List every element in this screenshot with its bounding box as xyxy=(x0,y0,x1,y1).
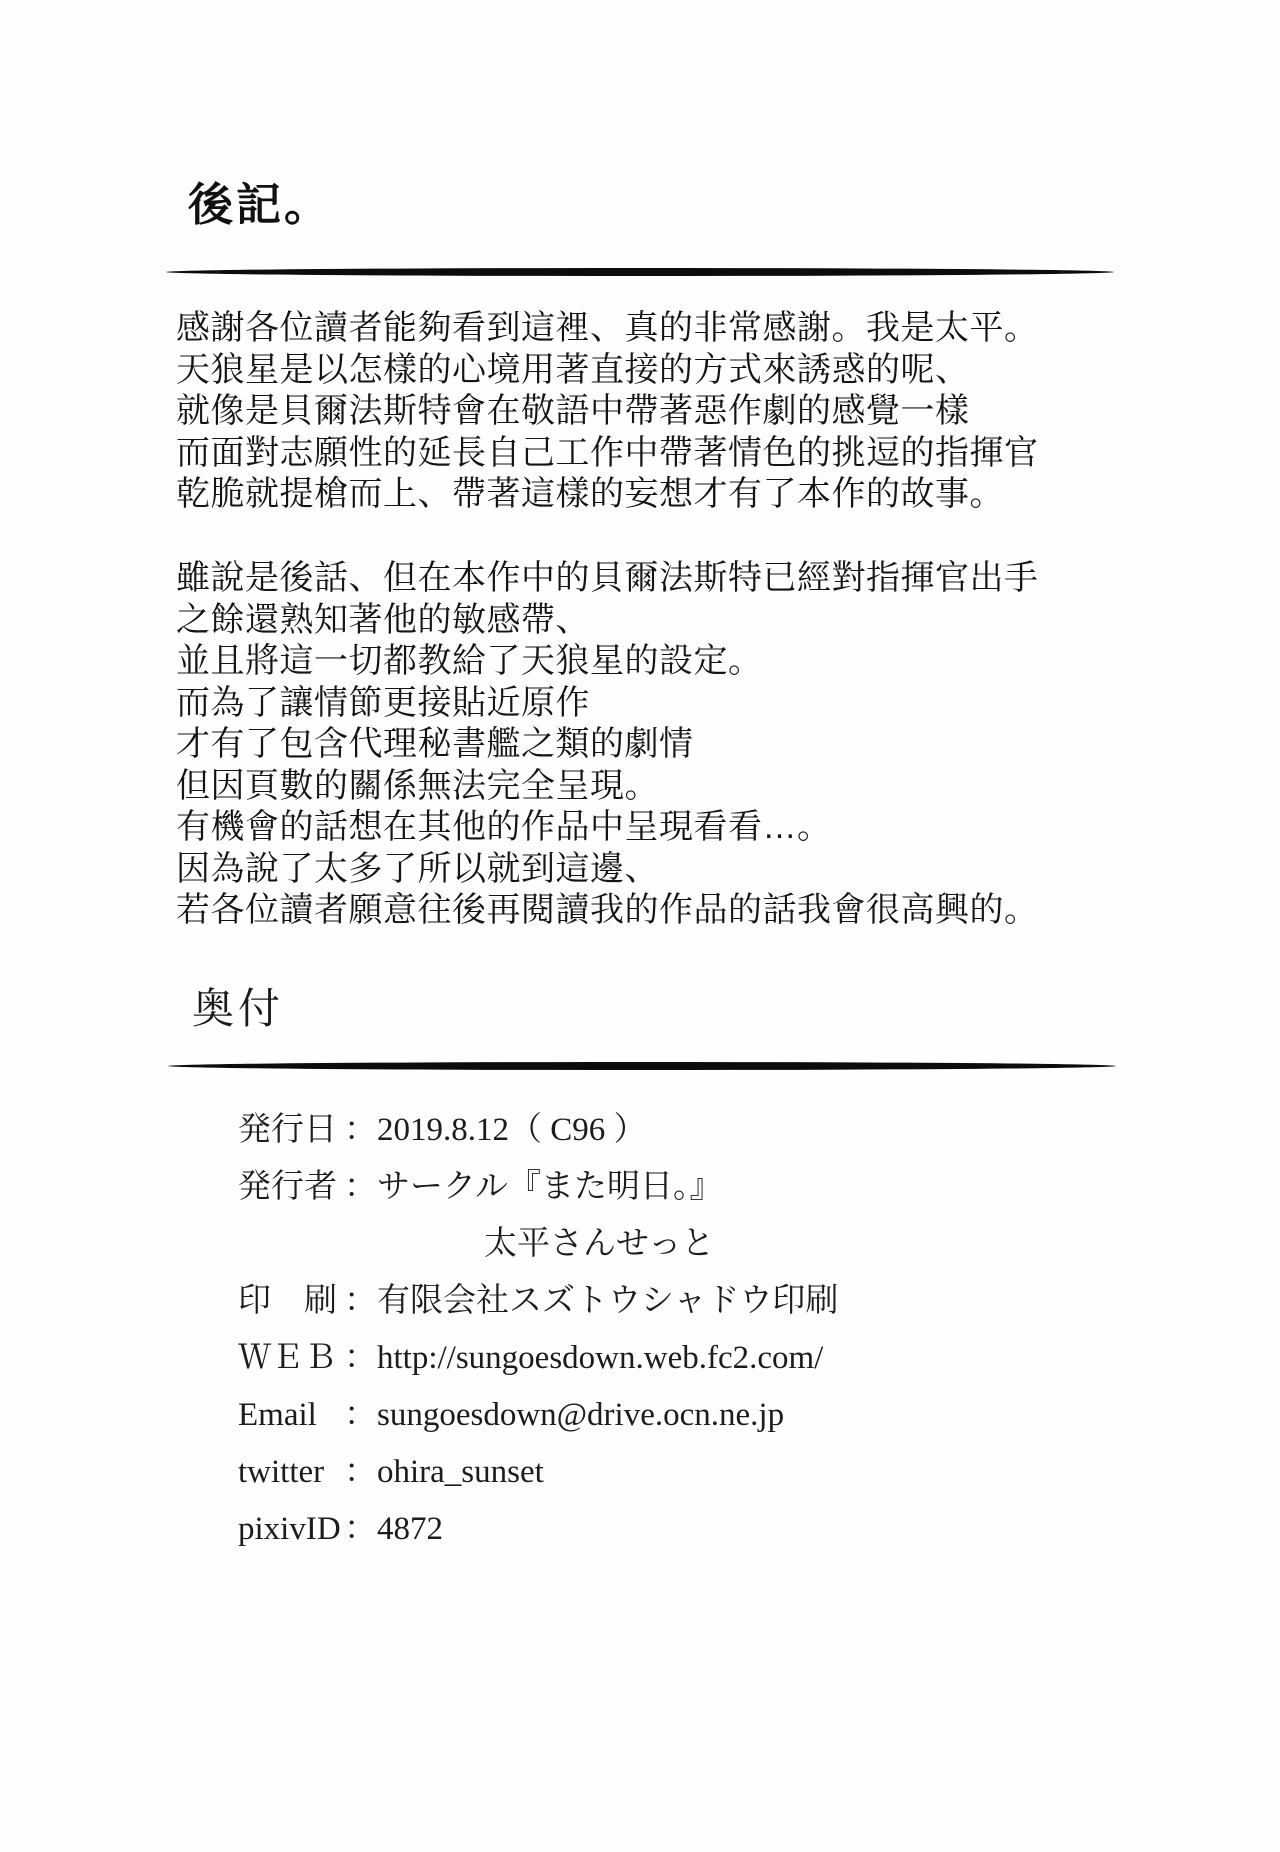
colophon-label: 発行者 xyxy=(238,1159,344,1216)
colophon-row-printer: 印 刷：有限会社スズトウシャドウ印刷 xyxy=(238,1273,838,1330)
colophon-value: 有限会社スズトウシャドウ印刷 xyxy=(377,1283,838,1319)
afterword-line: 若各位讀者願意往後再閱讀我的作品的話我會很高興的。 xyxy=(176,890,1039,932)
colophon-label: 発行日 xyxy=(238,1102,344,1159)
colophon-value: サークル『また明日。』 xyxy=(377,1169,723,1205)
colophon-separator: ： xyxy=(344,1454,377,1490)
colophon-separator: ： xyxy=(344,1112,377,1148)
colophon-row-email: Email：sungoesdown@drive.ocn.ne.jp xyxy=(238,1387,838,1444)
colophon-separator: ： xyxy=(344,1169,377,1205)
afterword-line: 乾脆就提槍而上、帶著這樣的妄想才有了本作的故事。 xyxy=(176,474,1039,516)
colophon-value-pixiv: 4872 xyxy=(377,1511,443,1547)
colophon-separator: ： xyxy=(344,1511,377,1547)
colophon-value-twitter: ohira_sunset xyxy=(377,1454,544,1490)
colophon-separator: ： xyxy=(344,1340,377,1376)
colophon-row-publish-date: 発行日：2019.8.12（ C96 ） xyxy=(238,1102,838,1159)
afterword-line: 因為說了太多了所以就到這邊、 xyxy=(176,849,1039,891)
afterword-line: 而為了讓情節更接貼近原作 xyxy=(176,683,1039,725)
colophon-value: 2019.8.12（ C96 ） xyxy=(377,1112,647,1148)
divider-rule-bottom xyxy=(168,1062,1116,1070)
afterword-line: 並且將這一切都教給了天狼星的設定。 xyxy=(176,641,1039,683)
colophon-row-publisher: 発行者：サークル『また明日。』 xyxy=(238,1159,838,1216)
afterword-paragraph-2: 雖說是後話、但在本作中的貝爾法斯特已經對指揮官出手 之餘還熟知著他的敏感帶、 並… xyxy=(176,558,1039,932)
afterword-line: 天狼星是以怎樣的心境用著直接的方式來誘惑的呢、 xyxy=(176,350,1039,392)
afterword-line: 就像是貝爾法斯特會在敬語中帶著惡作劇的感覺一樣 xyxy=(176,391,1039,433)
colophon-row-author: 太平さんせっと xyxy=(238,1216,838,1273)
colophon-value-url: http://sungoesdown.web.fc2.com/ xyxy=(377,1340,823,1376)
afterword-page: 後記。 感謝各位讀者能夠看到這裡、真的非常感謝。我是太平。 天狼星是以怎樣的心境… xyxy=(0,0,1280,1852)
colophon-label: ＷＥＢ xyxy=(238,1330,344,1387)
afterword-line: 感謝各位讀者能夠看到這裡、真的非常感謝。我是太平。 xyxy=(176,308,1039,350)
divider-rule-top xyxy=(166,268,1114,276)
afterword-line: 之餘還熟知著他的敏感帶、 xyxy=(176,600,1039,642)
colophon-separator: ： xyxy=(344,1397,377,1433)
afterword-line: 才有了包含代理秘書艦之類的劇情 xyxy=(176,724,1039,766)
colophon-row-web: ＷＥＢ：http://sungoesdown.web.fc2.com/ xyxy=(238,1330,838,1387)
colophon-label: pixivID xyxy=(238,1501,344,1558)
afterword-line: 而面對志願性的延長自己工作中帶著情色的挑逗的指揮官 xyxy=(176,433,1039,475)
colophon-block: 発行日：2019.8.12（ C96 ） 発行者：サークル『また明日。』 太平さ… xyxy=(238,1102,838,1558)
colophon-value: 太平さんせっと xyxy=(344,1226,714,1262)
colophon-label: Email xyxy=(238,1387,344,1444)
page-title: 後記。 xyxy=(188,168,332,233)
colophon-label: 印 刷 xyxy=(238,1273,344,1330)
colophon-label: twitter xyxy=(238,1444,344,1501)
colophon-separator: ： xyxy=(344,1283,377,1319)
afterword-line: 但因頁數的關係無法完全呈現。 xyxy=(176,766,1039,808)
afterword-line: 雖說是後話、但在本作中的貝爾法斯特已經對指揮官出手 xyxy=(176,558,1039,600)
colophon-row-twitter: twitter：ohira_sunset xyxy=(238,1444,838,1501)
colophon-heading: 奥付 xyxy=(192,976,284,1036)
colophon-value-email: sungoesdown@drive.ocn.ne.jp xyxy=(377,1397,784,1433)
colophon-row-pixiv: pixivID：4872 xyxy=(238,1501,838,1558)
afterword-paragraph-1: 感謝各位讀者能夠看到這裡、真的非常感謝。我是太平。 天狼星是以怎樣的心境用著直接… xyxy=(176,308,1039,516)
afterword-line: 有機會的話想在其他的作品中呈現看看…。 xyxy=(176,807,1039,849)
